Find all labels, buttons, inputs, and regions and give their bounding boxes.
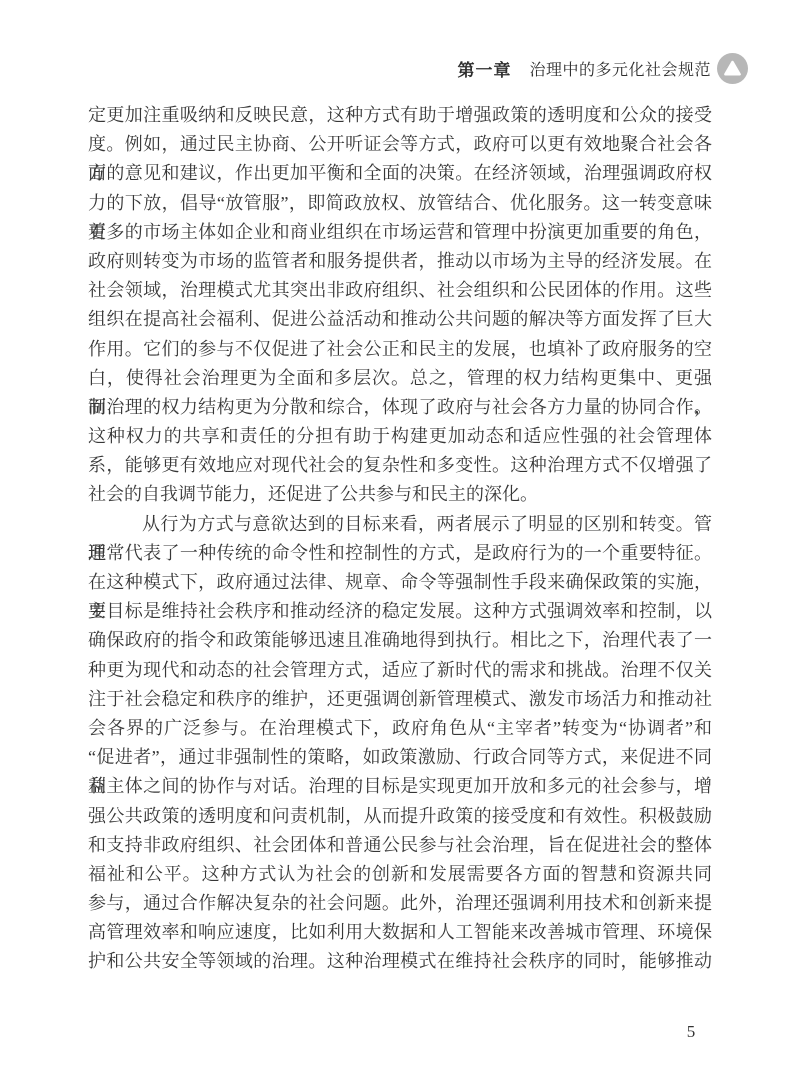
text-line: 更多的市场主体如企业和商业组织在市场运营和管理中扮演更加重要的角色，	[88, 218, 712, 247]
text-line: 政府则转变为市场的监管者和服务提供者，推动以市场为主导的经济发展。在	[88, 247, 712, 276]
text-line: 而治理的权力结构更为分散和综合，体现了政府与社会各方力量的协同合作。	[88, 393, 712, 422]
text-line: 作用。它们的参与不仅促进了社会公正和民主的发展，也填补了政府服务的空	[88, 335, 712, 364]
text-line: 注于社会稳定和秩序的维护，还更强调创新管理模式、激发市场活力和推动社	[88, 685, 712, 714]
text-line: “促进者”，通过非强制性的策略，如政策激励、行政合同等方式，来促进不同利	[88, 743, 712, 772]
text-line: 力的下放，倡导“放管服”，即简政放权、放管结合、优化服务。这一转变意味着	[88, 189, 712, 218]
text-line: 系，能够更有效地应对现代社会的复杂性和多变性。这种治理方式不仅增强了	[88, 451, 712, 480]
text-line: 在这种模式下，政府通过法律、规章、命令等强制性手段来确保政策的实施，主	[88, 568, 712, 597]
text-line: 社会领域，治理模式尤其突出非政府组织、社会组织和公民团体的作用。这些	[88, 276, 712, 305]
page-number: 5	[678, 1022, 704, 1042]
text-line: 通常代表了一种传统的命令性和控制性的方式，是政府行为的一个重要特征。	[88, 539, 712, 568]
book-page: 第一章 治理中的多元化社会规范 定更加注重吸纳和反映民意，这种方式有助于增强政策…	[0, 0, 799, 1082]
text-line: 社会的自我调节能力，还促进了公共参与和民主的深化。	[88, 480, 712, 509]
text-line: 福祉和公平。这种方式认为社会的创新和发展需要各方面的智慧和资源共同	[88, 860, 712, 889]
text-line: 参与，通过合作解决复杂的社会问题。此外，治理还强调利用技术和创新来提	[88, 889, 712, 918]
triangle-up-in-circle-icon	[717, 53, 748, 84]
text-line: 组织在提高社会福利、促进公益活动和推动公共问题的解决等方面发挥了巨大	[88, 305, 712, 334]
text-line: 高管理效率和响应速度，比如利用大数据和人工智能来改善城市管理、环境保	[88, 918, 712, 947]
text-line: 益主体之间的协作与对话。治理的目标是实现更加开放和多元的社会参与，增	[88, 772, 712, 801]
text-line: 种更为现代和动态的社会管理方式，适应了新时代的需求和挑战。治理不仅关	[88, 656, 712, 685]
text-line: 定更加注重吸纳和反映民意，这种方式有助于增强政策的透明度和公众的接受	[88, 101, 712, 130]
text-line: 从行为方式与意欲达到的目标来看，两者展示了明显的区别和转变。管理	[88, 510, 712, 539]
text-line: 会各界的广泛参与。在治理模式下，政府角色从“主宰者”转变为“协调者”和	[88, 714, 712, 743]
text-line: 要目标是维持社会秩序和推动经济的稳定发展。这种方式强调效率和控制，以	[88, 597, 712, 626]
text-line: 强公共政策的透明度和问责机制，从而提升政策的接受度和有效性。积极鼓励	[88, 802, 712, 831]
text-line: 和支持非政府组织、社会团体和普通公民参与社会治理，旨在促进社会的整体	[88, 831, 712, 860]
page-header: 第一章 治理中的多元化社会规范	[0, 52, 748, 84]
chapter-title: 治理中的多元化社会规范	[529, 57, 711, 80]
text-line: 白，使得社会治理更为全面和多层次。总之，管理的权力结构更集中、更强制，	[88, 364, 712, 393]
text-line: 护和公共安全等领域的治理。这种治理模式在维持社会秩序的同时，能够推动	[88, 947, 712, 976]
chapter-label: 第一章	[457, 56, 511, 81]
text-line: 这种权力的共享和责任的分担有助于构建更加动态和适应性强的社会管理体	[88, 422, 712, 451]
text-line: 面的意见和建议，作出更加平衡和全面的决策。在经济领域，治理强调政府权	[88, 159, 712, 188]
text-line: 确保政府的指令和政策能够迅速且准确地得到执行。相比之下，治理代表了一	[88, 626, 712, 655]
body-text: 定更加注重吸纳和反映民意，这种方式有助于增强政策的透明度和公众的接受度。例如，通…	[88, 101, 712, 977]
text-line: 度。例如，通过民主协商、公开听证会等方式，政府可以更有效地聚合社会各方	[88, 130, 712, 159]
